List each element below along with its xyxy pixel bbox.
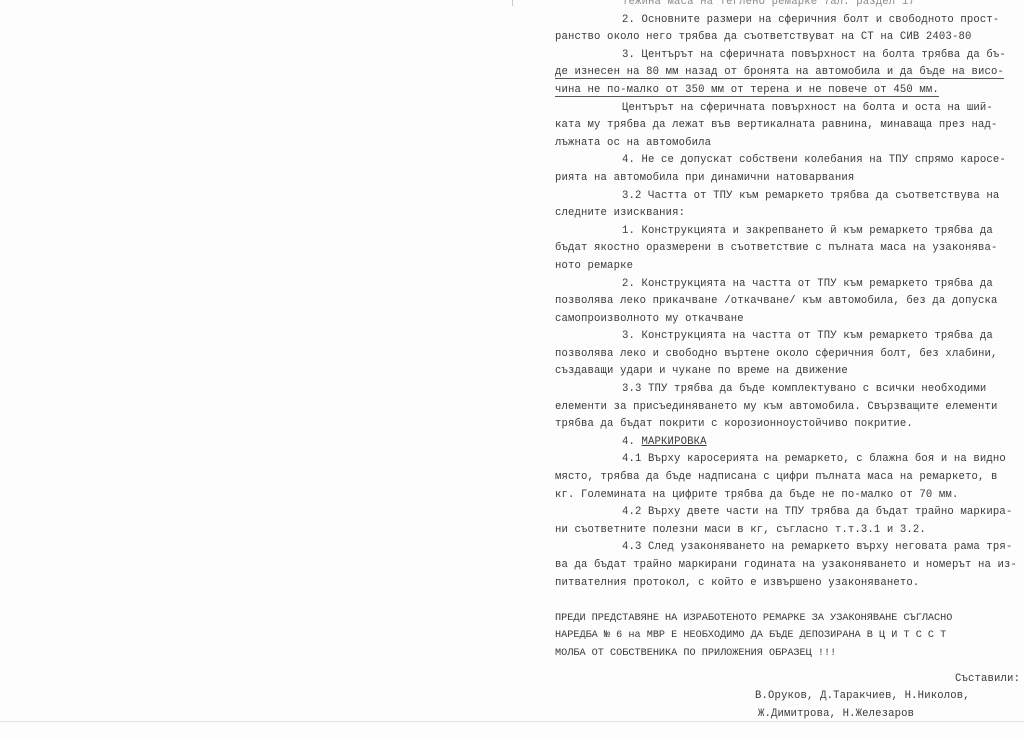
paragraph-line: 1. Конструкцията и закрепването й към ре… — [555, 223, 1015, 241]
top-cut-line: тежина маса на теглено ремарке 7ал. разд… — [555, 0, 1015, 12]
scanned-page: тежина маса на теглено ремарке 7ал. разд… — [0, 0, 1024, 739]
paragraph-line: 3.2 Частта от ТПУ към ремаркето трябва д… — [555, 188, 1015, 206]
paragraph-line: следните изисквания: — [555, 205, 1015, 223]
spacer — [555, 592, 1015, 610]
paragraph-line: рията на автомобила при динамични натова… — [555, 170, 1015, 188]
paragraph-line: ва да бъдат трайно маркирани годината на… — [555, 557, 1015, 575]
paragraph-line: 3.3 ТПУ трябва да бъде комплектувано с в… — [555, 381, 1015, 399]
paragraph-line: 4. Не се допускат собствени колебания на… — [555, 152, 1015, 170]
paragraph-line: де изнесен на 80 мм назад от бронята на … — [555, 64, 1015, 82]
paragraph-line: ката му трябва да лежат във вертикалната… — [555, 117, 1015, 135]
paragraph-line: ранство около него трябва да съответству… — [555, 29, 1015, 47]
paragraph-line: 4.2 Върху двете части на ТПУ трябва да б… — [555, 504, 1015, 522]
paragraph-line: трябва да бъдат покрити с корозионноусто… — [555, 416, 1015, 434]
document-text-column: тежина маса на теглено ремарке 7ал. разд… — [555, 0, 1015, 723]
paragraph-line: кг. Големината на цифрите трябва да бъде… — [555, 487, 1015, 505]
section-title: МАРКИРОВКА — [642, 436, 707, 448]
handwritten-underline-text: чина не по-малко от 350 мм от терена и н… — [555, 84, 939, 97]
scan-mark — [512, 0, 513, 6]
paragraph-line: 2. Конструкцията на частта от ТПУ към ре… — [555, 276, 1015, 294]
paragraph-line: място, трябва да бъде надписана с цифри … — [555, 469, 1015, 487]
paragraph-line: 4.3 След узаконяването на ремаркето върх… — [555, 539, 1015, 557]
scan-edge-line — [0, 721, 1024, 722]
paragraph-line: позволява леко прикачване /откачване/ къ… — [555, 293, 1015, 311]
paragraph-line: 3. Центърът на сферичната повърхност на … — [555, 47, 1015, 65]
paragraph-line: ни съответните полезни маси в кг, съглас… — [555, 522, 1015, 540]
paragraph-line: питвателния протокол, с който е извършен… — [555, 575, 1015, 593]
paragraph-line: 2. Основните размери на сферичния болт и… — [555, 12, 1015, 30]
notice-line: НАРЕДБА № 6 на МВР Е НЕОБХОДИМО ДА БЪДЕ … — [555, 627, 1015, 645]
signatures-label: Съставили: — [555, 671, 1015, 689]
handwritten-underline-text: де изнесен на 80 мм назад от бронята на … — [555, 66, 1004, 79]
notice-line: ПРЕДИ ПРЕДСТАВЯНЕ НА ИЗРАБОТЕНОТО РЕМАРК… — [555, 610, 1015, 628]
paragraph-line: ното ремарке — [555, 258, 1015, 276]
section-number: 4. — [622, 436, 635, 448]
paragraph-line: бъдат якостно оразмерени в съответствие … — [555, 240, 1015, 258]
paragraph-line: самопроизволното му откачване — [555, 311, 1015, 329]
signatures-names-line-1: В.Оруков, Д.Таракчиев, Н.Николов, — [555, 688, 1015, 706]
notice-line: МОЛБА ОТ СОБСТВЕНИКА ПО ПРИЛОЖЕНИЯ ОБРАЗ… — [555, 645, 1015, 663]
section-heading: 4. МАРКИРОВКА — [555, 434, 1015, 452]
spacer — [555, 663, 1015, 671]
paragraph-line: чина не по-малко от 350 мм от терена и н… — [555, 82, 1015, 100]
paragraph-line: елементи за присъединяването му към авто… — [555, 399, 1015, 417]
paragraph-line: позволява леко и свободно въртене около … — [555, 346, 1015, 364]
paragraph-line: 3. Конструкцията на частта от ТПУ към ре… — [555, 328, 1015, 346]
paragraph-line: лъжната ос на автомобила — [555, 135, 1015, 153]
paragraph-line: създаващи удари и чукане по време на дви… — [555, 363, 1015, 381]
paragraph-line: 4.1 Върху каросерията на ремаркето, с бл… — [555, 451, 1015, 469]
paragraph-line: Центърът на сферичната повърхност на бол… — [555, 100, 1015, 118]
